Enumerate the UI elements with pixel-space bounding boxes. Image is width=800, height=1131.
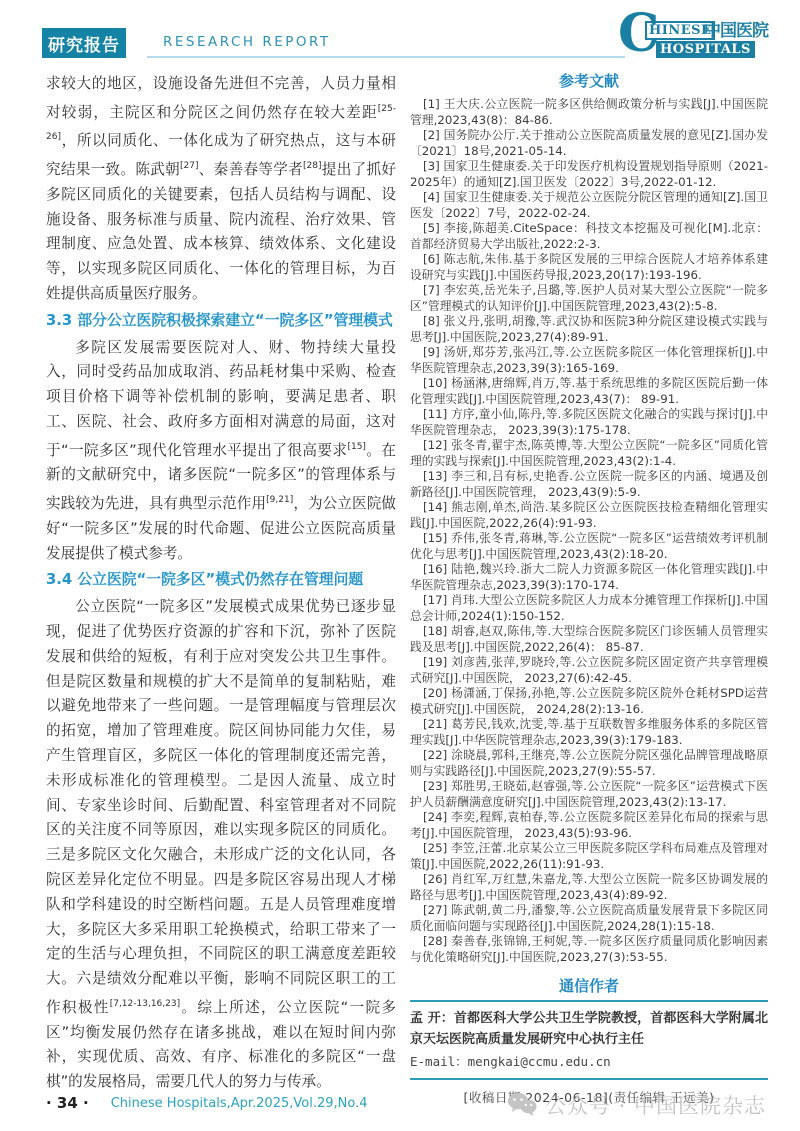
reference-item: [18] 胡睿,赵双,陈伟,等.大型综合医院多院区门诊医辅人员管理实践及思考[J…: [410, 624, 768, 655]
reference-item: [13] 李三和,吕有标,史艳香.公立医院一院多区的内涵、境遇及创新路径[J].…: [410, 469, 768, 500]
reference-item: [28] 秦善春,张锦锦,王柯妮,等.一院多区医疗质量同质化影响因素与优化策略研…: [410, 934, 768, 965]
right-column: 参考文献 [1] 王大庆.公立医院一院多区供给侧政策分析与实践[J].中国医院管…: [410, 70, 768, 1106]
page-number: · 34 ·: [46, 1094, 89, 1112]
reference-item: [7] 李宏英,岳光朱子,吕璐,等.医护人员对某大型公立医院“一院多区”管理模式…: [410, 283, 768, 314]
logo-chinese-name: 中国医院: [704, 16, 768, 41]
citation-superscript: [25-26]: [46, 104, 396, 143]
corresponding-author-bio: 孟 开：首都医科大学公共卫生学院教授，首都医科大学附属北京天坛医院高质量发展研究…: [410, 1008, 768, 1050]
page-footer: · 34 · Chinese Hospitals,Apr.2025,Vol.29…: [46, 1094, 766, 1112]
citation-superscript: [7,12-13,16,23]: [110, 999, 180, 1009]
corresponding-author-email: E-mail：mengkai@ccmu.edu.cn: [410, 1052, 768, 1070]
reference-item: [5] 李接,陈超美.CiteSpace：科技文本挖掘及可视化[M].北京：首都…: [410, 221, 768, 252]
reference-item: [4] 国家卫生健康委.关于规范公立医院分院区管理的通知[Z].国卫医发〔202…: [410, 190, 768, 221]
body-paragraph: 公立医院“一院多区”发展模式成果优势已逐步显现，促进了优势医疗资源的扩容和下沉，…: [46, 595, 396, 1095]
reference-item: [16] 陆艳,魏兴玲.浙大二院人力资源多院区一体化管理实践[J].中华医院管理…: [410, 562, 768, 593]
section-heading: 3.3 部分公立医院积极探索建立“一院多区”管理模式: [46, 309, 396, 334]
wechat-icon: [507, 1092, 537, 1118]
reference-item: [24] 李奕,程辉,袁柏春,等.公立医院多院区差异化布局的探索与思考[J].中…: [410, 810, 768, 841]
citation-superscript: [27]: [180, 161, 198, 171]
rule-top: [410, 1000, 768, 1002]
reference-item: [15] 乔伟,张冬青,蒋琳,等.公立医院“一院多区”运营绩效考评机制优化与思考…: [410, 531, 768, 562]
reference-item: [23] 郑胜男,王晓茹,赵睿强,等.公立医院“一院多区”运营模式下医护人员薪酬…: [410, 779, 768, 810]
reference-item: [19] 刘彦茜,张萍,罗晓玲,等.公立医院多院区固定资产共享管理模式研究[J]…: [410, 655, 768, 686]
chinese-hospitals-logo: C HINESE 中国医院 HOSPITALS: [618, 12, 778, 60]
body-paragraph: 多院区发展需要医院对人、财、物持续大量投入，同时受药品加成取消、药品耗材集中采购…: [46, 336, 396, 567]
left-column: 求较大的地区，设施设备先进但不完善，人员力量相对较弱，主院区和分院区之间仍然存在…: [46, 72, 396, 1095]
category-label-en: RESEARCH REPORT: [163, 34, 331, 50]
reference-item: [6] 陈志航,朱伟.基于多院区发展的三甲综合医院人才培养体系建设研究与实践[J…: [410, 252, 768, 283]
reference-item: [26] 肖红军,万红慧,朱嘉龙,等.大型公立医院一院多区协调发展的路径与思考[…: [410, 872, 768, 903]
reference-item: [2] 国务院办公厅.关于推动公立医院高质量发展的意见[Z].国办发〔2021〕…: [410, 128, 768, 159]
citation-superscript: [28]: [303, 161, 321, 171]
category-badge: 研究报告: [42, 28, 126, 58]
reference-item: [27] 陈武朝,黄二丹,潘黎,等.公立医院高质量发展背景下多院区同质化面临问题…: [410, 903, 768, 934]
journal-page: 研究报告 RESEARCH REPORT C HINESE 中国医院 HOSPI…: [0, 0, 800, 1131]
body-paragraph: 求较大的地区，设施设备先进但不完善，人员力量相对较弱，主院区和分院区之间仍然存在…: [46, 72, 396, 307]
reference-item: [8] 张义丹,张明,胡豫,等.武汉协和医院3种分院区建设模式实践与思考[J].…: [410, 314, 768, 345]
reference-item: [22] 涂晓晨,郭科,王继亮,等.公立医院分院区强化品牌管理战略原则与实践路径…: [410, 748, 768, 779]
reference-item: [14] 熊志刚,单杰,尚浩.某多院区公立医院医技检查精细化管理实践[J].中国…: [410, 500, 768, 531]
reference-item: [3] 国家卫生健康委.关于印发医疗机构设置规划指导原则（2021-2025年）…: [410, 159, 768, 190]
wechat-watermark: 公众号 · 中国医院杂志: [507, 1090, 766, 1120]
journal-info: Chinese Hospitals,Apr.2025,Vol.29,No.4: [111, 1096, 368, 1111]
section-heading: 3.4 公立医院“一院多区”模式仍然存在管理问题: [46, 568, 396, 593]
references-list: [1] 王大庆.公立医院一院多区供给侧政策分析与实践[J].中国医院管理,202…: [410, 97, 768, 965]
reference-item: [17] 肖玮.大型公立医院多院区人力成本分摊管理工作探析[J].中国总会计师,…: [410, 593, 768, 624]
watermark-text: 公众号 · 中国医院杂志: [545, 1090, 766, 1120]
reference-item: [9] 汤妍,郑芬芳,张冯江,等.公立医院多院区一体化管理探析[J].中华医院管…: [410, 345, 768, 376]
header-divider: [147, 56, 625, 58]
corresponding-author-heading: 通信作者: [410, 975, 768, 996]
citation-superscript: [9,21]: [266, 495, 293, 505]
rule-bottom: [410, 1078, 768, 1080]
reference-item: [10] 杨涵淋,唐绵辉,肖万,等.基于系统思维的多院区医院后勤一体化管理实践[…: [410, 376, 768, 407]
reference-item: [12] 张冬青,翟宇杰,陈英博,等.大型公立医院“一院多区”同质化管理的实践与…: [410, 438, 768, 469]
citation-superscript: [15]: [347, 442, 365, 452]
logo-hospitals-box: HOSPITALS: [656, 41, 755, 58]
reference-item: [25] 李笠,汪蕾.北京某公立三甲医院多院区学科布局难点及管理对策[J].中国…: [410, 841, 768, 872]
reference-item: [21] 葛芳民,钱欢,沈雯,等.基于互联数智多维服务体系的多院区管理实践[J]…: [410, 717, 768, 748]
references-heading: 参考文献: [410, 70, 768, 91]
reference-item: [11] 方序,童小仙,陈丹,等.多院区医院文化融合的实践与探讨[J].中华医院…: [410, 407, 768, 438]
reference-item: [1] 王大庆.公立医院一院多区供给侧政策分析与实践[J].中国医院管理,202…: [410, 97, 768, 128]
category-label: 研究报告: [48, 31, 120, 56]
reference-item: [20] 杨潇涵,丁保扬,孙艳,等.公立医院多院区院外仓耗材SPD运营模式研究[…: [410, 686, 768, 717]
